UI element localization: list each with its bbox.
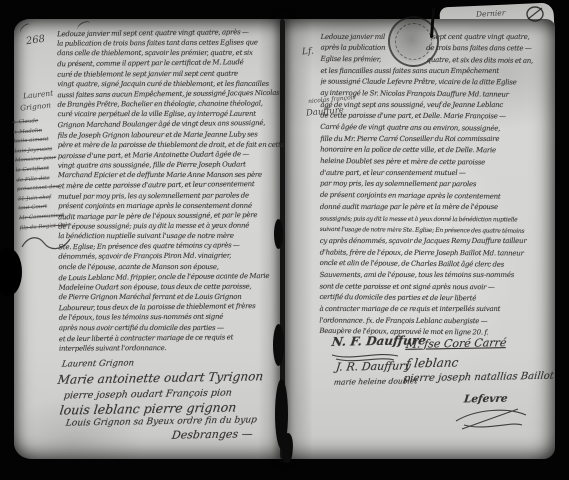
margin-groom-name: Grignon [20, 100, 52, 112]
manuscript-line: fils de Joseph Grignon laboureur et de M… [58, 129, 284, 141]
manuscript-line: à contracter mariage de ce requis et int… [319, 304, 551, 315]
manuscript-line: Ledouze janvier mil sept cent quatre vin… [321, 32, 553, 43]
right-page-text: Ledouze janvier mil sept cent quatre vin… [319, 31, 552, 338]
margin-groom-name: Laurent [23, 88, 54, 100]
signature-flourish [452, 405, 532, 431]
manuscript-line: dénommés, sçavoir de François Piron Md. … [58, 251, 284, 263]
manuscript-line: de l'époux, tous les témoins sus-nommés … [59, 312, 285, 324]
manuscript-line: d'autre part, et leur consentement mutue… [320, 168, 552, 179]
folio-number: 268 [25, 34, 45, 48]
manuscript-line: curé de thieblemont le sept janvier mil … [57, 68, 283, 80]
margin-mark: Lf. [302, 47, 315, 58]
manuscript-line: de Louis Leblanc Md. frippier, oncle de … [58, 271, 284, 284]
ink-squiggle [18, 22, 33, 36]
page-header-word: Dernier [476, 8, 506, 19]
manuscript-line: fille du Mr. Pierre Carré Conseiller du … [320, 134, 552, 145]
manuscript-line: Sauvements, ami de l'épouse, tous les té… [320, 270, 552, 281]
left-page-text: Ledouze janvier mil sept cent quatre vin… [57, 27, 285, 353]
paper-spread: 268 Laurent Grignon + Claude + Madelin h… [14, 19, 555, 459]
signature-lefevre: Lefevre [463, 393, 508, 406]
signature-pierre-joseph-baillot: pierre joseph natallias Baillot [403, 371, 554, 385]
manuscript-line: et les fiancailles aussi faites sans auc… [320, 66, 552, 77]
signature-louis-leblanc: louis leblanc pierre grignon [59, 399, 237, 417]
manuscript-line: donné audit mariage par le père et la mè… [320, 202, 552, 213]
signature-laurent-grignon: Laurent Grignon [61, 358, 134, 369]
signature-desbranges: Desbranges — [171, 427, 253, 441]
gutter-shadow-right [285, 19, 313, 459]
manuscript-line: âgé de vingt sept ans soussigné, veuf de… [320, 100, 552, 111]
signature-marie-antoinette-oudart: Marie antoinette oudart Tyrignon [57, 369, 264, 387]
manuscript-line: mutuel par moy pris, les ay solemnelleme… [58, 190, 284, 202]
header-paraph-icon [524, 5, 546, 23]
manuscript-line: et de leur liberté à contracter mariage … [59, 331, 285, 344]
manuscript-line: cy après dénommés, sçavoir de Jacques Re… [320, 236, 552, 247]
signature-f-leblanc: f leblanc [405, 356, 459, 371]
signature-jr-dauffury: J. R. Dauffury [335, 359, 411, 373]
scanned-register-spread: 268 Laurent Grignon + Claude + Madelin h… [0, 0, 569, 480]
signature-louis-grignon: Louis Grignon sa Byeux ordre fin du byup [65, 415, 257, 428]
manuscript-line: Beaupère de l'époux, approuvé le mot en … [319, 326, 551, 339]
